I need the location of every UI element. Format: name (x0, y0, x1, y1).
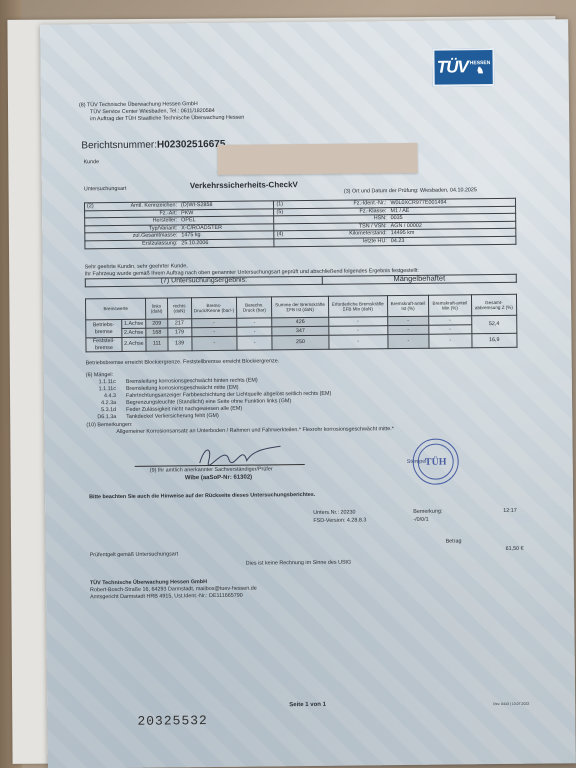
revision: Rev. 0443 | 13.07.2022 (493, 702, 529, 706)
cell-pct_min: - (429, 334, 472, 349)
field-value: 04.23 (389, 236, 516, 245)
column-header: Gesamt-abbremsung Z (%) (471, 294, 517, 315)
axle: 2.Achse (122, 337, 147, 351)
defect-code: D6.1.3a (86, 414, 116, 421)
no-invoice-notice: Dies ist keine Rechnung im Sinne des USt… (246, 560, 352, 568)
redacted-customer-name (217, 143, 417, 175)
marker (274, 239, 295, 247)
lion-icon: ♞ (476, 66, 484, 75)
page-number: Seite 1 von 1 (289, 702, 326, 710)
amount-label: Betrag (446, 538, 462, 545)
handwritten-number: 20325532 (137, 713, 208, 729)
cell-pct_min: - (429, 325, 472, 334)
cell-right: 217 (167, 319, 191, 328)
cell-calc: - (237, 318, 272, 327)
cell-calc: - (237, 327, 272, 336)
brake-note: Betriebsbremse erreicht Blockiergrenze. … (86, 358, 280, 367)
inspection-report-page: TÜV HESSEN ♞ (8) TÜV Technische Überwach… (40, 19, 576, 768)
inspector-name: Wibe (aaSoP-Nr: 61302) (185, 475, 252, 483)
defects-list: (6) Mängel: 1.1.11cBremsleitung korrosio… (86, 369, 394, 436)
issuer-block: (8) TÜV Technische Überwachung Hessen Gm… (79, 101, 244, 124)
remark-code: -/0/0/1 (413, 517, 428, 524)
vehicle-table: (2)Amtl. Kennzeichen:(D)WI-S2858(1)Fz.-I… (84, 198, 516, 249)
brake-values-table: Bremswertelinks (daN)rechts (daN)Brems-D… (85, 294, 518, 353)
result-value: Mängelbehaftet (322, 274, 516, 284)
column-header: Bremskraft-anteil Ist (%) (387, 295, 428, 316)
axle: 1.Achse (121, 319, 146, 328)
cell-total: 52,4 (471, 315, 517, 333)
cell-req: - (328, 335, 387, 350)
cell-calc: - (237, 336, 272, 351)
footer-address: TÜV Technische Überwachung Hessen GmbH R… (90, 579, 257, 602)
column-header: Summe der Bremskräfte ΣFB Ist (daN) (272, 296, 328, 318)
inspection-type: Verkehrssicherheits-CheckV (190, 180, 298, 190)
cell-left: 209 (146, 319, 168, 328)
place-date: (3) Ort und Datum der Prüfung: Wiesbaden… (344, 187, 477, 195)
brake-group: Betriebs-bremse (86, 319, 122, 337)
defect-text: Tankdeckel Verliersicherung fehlt (GM) (126, 413, 219, 421)
field-label: Erstzulassung: (105, 240, 179, 248)
cell-right: 139 (168, 337, 192, 351)
column-header: Bremskraft-anteil Min (%) (429, 295, 472, 316)
column-header: Brems-Druck/Kenne (bar/-) (191, 297, 237, 318)
axle: 2.Achse (121, 328, 146, 337)
fsd-version: FSD-Version: 4.28.8.3 (313, 517, 366, 525)
cell-pressure: - (191, 336, 237, 351)
column-header: Berechn. Druck (bar) (237, 297, 272, 318)
field-label: zul.Gesamtmasse: (105, 232, 179, 240)
exam-number: Unters.Nr.: 20230 (313, 510, 355, 517)
column-header: Erforderliche Bremskräfte ΣFB Min (daN) (328, 296, 387, 318)
cell-pct_min: - (429, 316, 472, 325)
time: 12:17 (503, 508, 517, 515)
cell-left: 168 (146, 328, 168, 337)
signature-scribble (194, 440, 284, 467)
marker (85, 241, 106, 249)
amount: 61,50 € (506, 546, 524, 553)
signature-caption: (9) Ihr amtlich anerkannter Sachverständ… (150, 466, 273, 474)
remark-label: Bemerkung: (413, 509, 442, 516)
report-number: Berichtsnummer:H02302516675 (81, 139, 225, 152)
brake-group: Feststell-bremse (86, 337, 122, 352)
result-label: (7) Untersuchungsergebnis: (85, 276, 322, 286)
cell-right: 179 (168, 328, 192, 337)
field-label: letzte HU: (295, 238, 389, 247)
column-header: links (daN) (146, 298, 168, 319)
fee-label: Prüfentgelt gemäß Untersuchungsart (90, 551, 178, 559)
column-header: Bremswerte (85, 298, 145, 320)
cell-left: 111 (146, 337, 168, 351)
cell-pct_ist: - (388, 334, 429, 349)
column-header: rechts (daN) (167, 298, 191, 319)
tuv-hessen-logo: TÜV HESSEN ♞ (432, 48, 494, 87)
cell-pressure: - (191, 327, 237, 336)
cell-pressure: - (191, 318, 237, 327)
stamp-label: Stempel (407, 459, 427, 466)
field-value: 25.10.2006 (179, 239, 274, 248)
cell-pct_ist: - (388, 325, 429, 334)
backside-notice: Bitte beachten Sie auch die Hinweise auf… (89, 492, 315, 501)
cell-total: 16,9 (471, 333, 517, 348)
cell-sum: 250 (272, 335, 328, 350)
customer-label: Kunde (84, 159, 100, 166)
inspection-type-label: Untersuchungsart (84, 186, 127, 193)
field-label: Amtl. Kennzeichen: (105, 202, 179, 210)
cell-pct_ist: - (388, 316, 429, 325)
